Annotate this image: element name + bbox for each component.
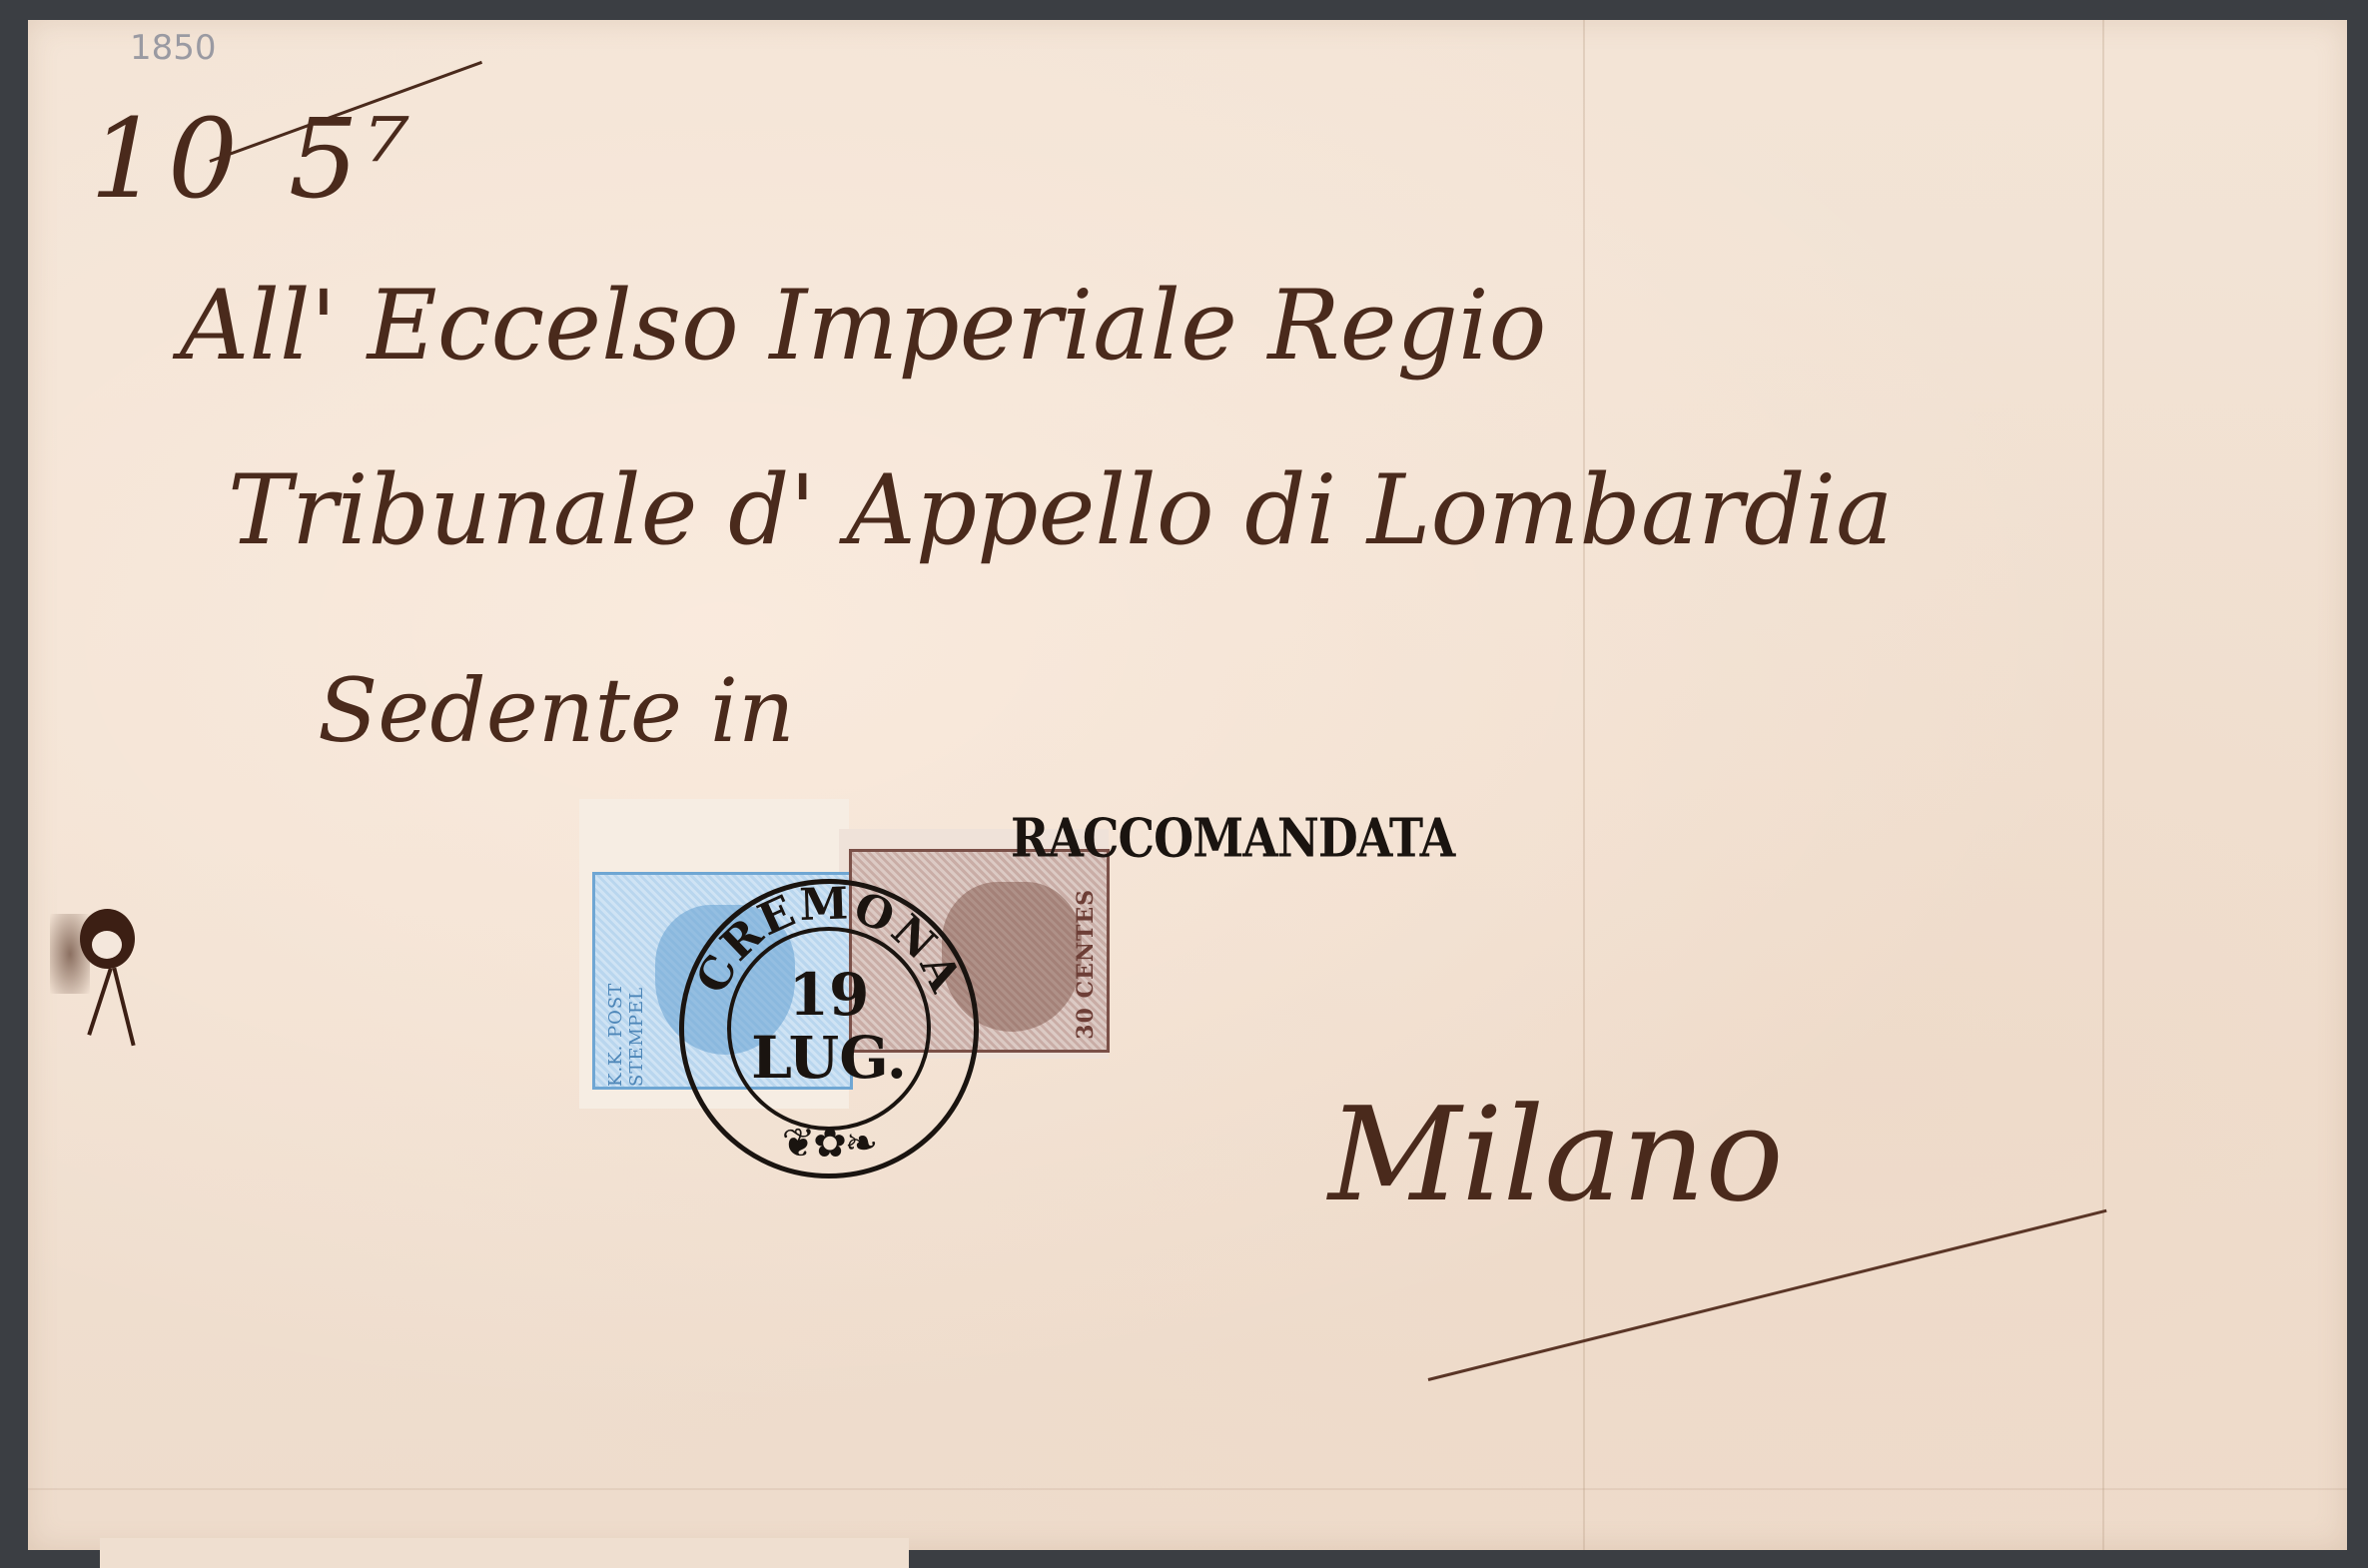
address-line-1: All' Eccelso Imperiale Regio <box>180 270 1546 382</box>
letter-sheet <box>28 20 2347 1550</box>
postmark-day: 19 <box>679 961 979 1029</box>
letter-flap <box>100 1538 909 1568</box>
manuscript-rate: 10 5⁷ <box>90 95 418 223</box>
pencil-year-note: 1850 <box>130 28 217 68</box>
raccomandata-handstamp: RACCOMANDATA <box>1011 807 1454 869</box>
address-line-2: Tribunale d' Appello di Lombardia <box>228 454 1893 566</box>
fold-line <box>28 1488 2347 1490</box>
registration-r-mark <box>50 909 140 1059</box>
postmark-ornament: ❦✿❧ <box>679 1121 979 1167</box>
address-city: Milano <box>1328 1079 1784 1230</box>
stamp-inscription: 30 CENTES <box>1073 889 1099 1040</box>
postmark-month: LUG. <box>679 1024 979 1092</box>
stamp-inscription: K.K. POST STEMPEL <box>605 885 647 1087</box>
fold-line <box>2102 20 2104 1550</box>
address-line-3: Sedente in <box>318 659 795 762</box>
cremona-postmark: CREMONA 19 LUG. ❦✿❧ <box>679 879 989 1178</box>
fold-line <box>1583 20 1585 1550</box>
